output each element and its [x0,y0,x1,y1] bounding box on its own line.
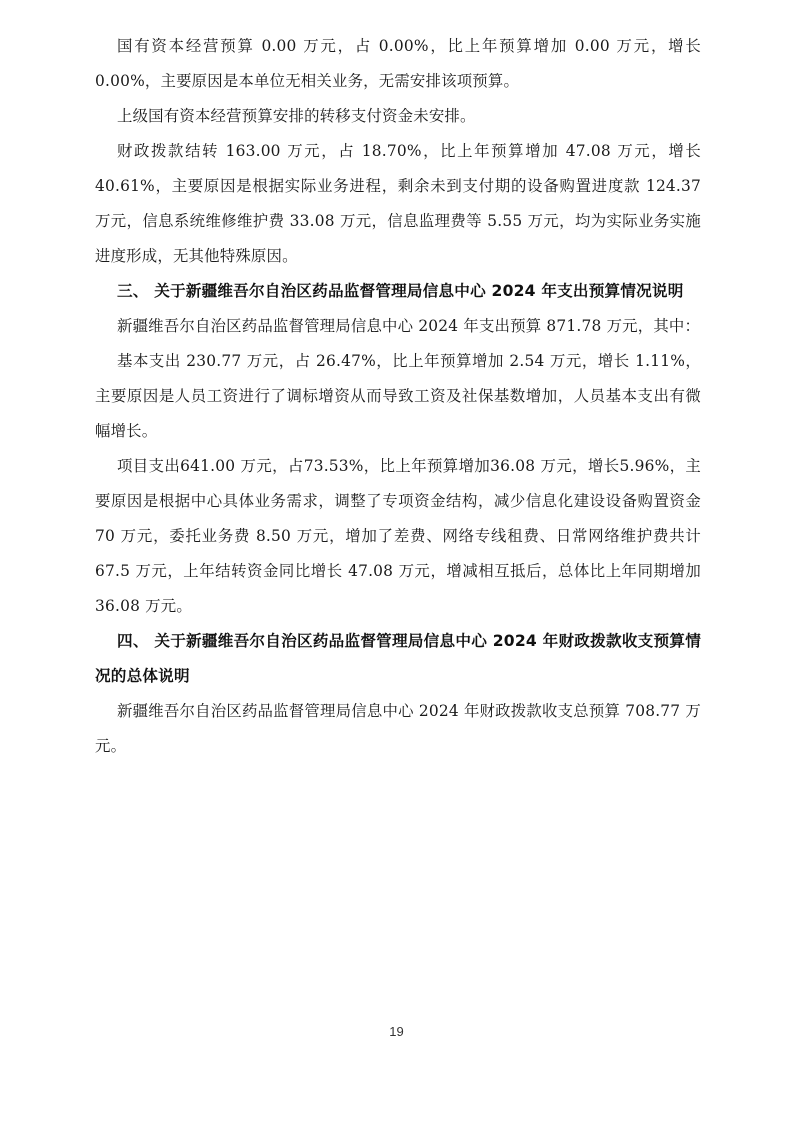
paragraph-state-capital-budget: 国有资本经营预算 0.00 万元，占 0.00%，比上年预算增加 0.00 万元… [95,29,701,99]
paragraph-project-expenditure: 项目支出641.00 万元，占73.53%，比上年预算增加36.08 万元，增长… [95,449,701,624]
page-number: 19 [0,1024,793,1039]
section-heading-3: 三、 关于新疆维吾尔自治区药品监督管理局信息中心 2024 年支出预算情况说明 [95,274,701,309]
paragraph-transfer-payment: 上级国有资本经营预算安排的转移支付资金未安排。 [95,99,701,134]
document-body: 国有资本经营预算 0.00 万元，占 0.00%，比上年预算增加 0.00 万元… [95,29,701,764]
section-heading-4: 四、 关于新疆维吾尔自治区药品监督管理局信息中心 2024 年财政拨款收支预算情… [95,624,701,694]
paragraph-basic-expenditure: 基本支出 230.77 万元，占 26.47%，比上年预算增加 2.54 万元，… [95,344,701,449]
document-page: 国有资本经营预算 0.00 万元，占 0.00%，比上年预算增加 0.00 万元… [0,0,793,1122]
paragraph-fiscal-carryover: 财政拨款结转 163.00 万元，占 18.70%，比上年预算增加 47.08 … [95,134,701,274]
paragraph-expenditure-total: 新疆维吾尔自治区药品监督管理局信息中心 2024 年支出预算 871.78 万元… [95,309,701,344]
paragraph-fiscal-total: 新疆维吾尔自治区药品监督管理局信息中心 2024 年财政拨款收支总预算 708.… [95,694,701,764]
